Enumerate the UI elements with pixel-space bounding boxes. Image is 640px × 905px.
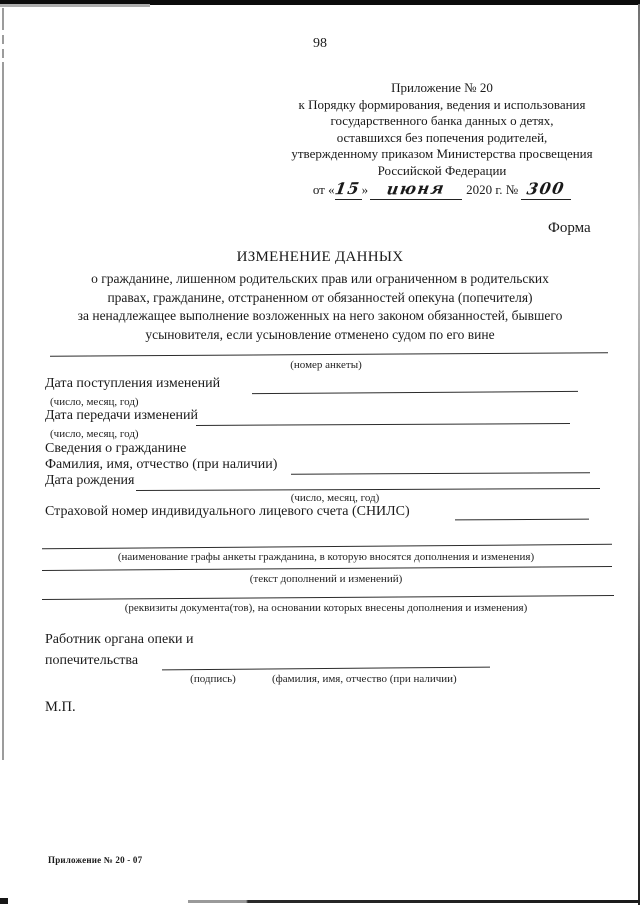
handwritten-day: 15 — [334, 181, 362, 196]
birthdate-label: Дата рождения — [45, 473, 135, 489]
signature-caption: (подпись) — [178, 673, 248, 685]
date-sent-blank-line — [196, 423, 570, 426]
changes-text-caption: (текст дополнений и изменений) — [16, 573, 636, 585]
appendix-line-6: Российской Федерации — [272, 163, 612, 180]
subtitle-line-3: за ненадлежащее выполнение возложенных н… — [35, 307, 605, 326]
appendix-line-3: государственного банка данных о детях, — [272, 113, 612, 130]
signature-fio-caption: (фамилия, имя, отчество (при наличии) — [272, 673, 457, 685]
scan-edge-top-shadow — [0, 4, 150, 7]
appendix-line-5: утвержденному приказом Министерства прос… — [272, 146, 612, 163]
appendix-line-1: Приложение № 20 — [272, 80, 612, 97]
appendix-line-4: оставшихся без попечения родителей, — [272, 130, 612, 147]
subtitle-line-2: правах, гражданине, отстраненном от обяз… — [35, 289, 605, 308]
scanned-document-page: 98 Приложение № 20 к Порядку формировани… — [0, 0, 640, 905]
documents-caption: (реквизиты документа(тов), на основании … — [16, 602, 636, 614]
guardianship-worker-label-line2: попечительства — [45, 653, 138, 669]
order-date-line: от «15»июня2020 г. №300 — [272, 181, 612, 200]
date-received-blank-line — [252, 391, 578, 394]
full-name-blank-line — [291, 472, 590, 475]
appendix-line-2: к Порядку формирования, ведения и исполь… — [272, 97, 612, 114]
signature-blank-line — [162, 667, 490, 671]
date-close-quote: » — [362, 182, 369, 197]
birthdate-caption: (число, месяц, год) — [240, 492, 430, 504]
column-name-blank-line — [42, 544, 612, 549]
scan-edge-bottom — [188, 900, 640, 903]
subtitle-line-1: о гражданине, лишенном родительских прав… — [35, 270, 605, 289]
documents-blank-line — [42, 595, 614, 600]
scan-edge-bottom-left — [0, 898, 8, 904]
date-year-text: 2020 г. № — [466, 182, 518, 197]
date-day-underline: 15 — [335, 181, 362, 200]
anketa-number-caption: (номер анкеты) — [16, 359, 636, 371]
column-name-caption: (наименование графы анкеты гражданина, в… — [16, 551, 636, 563]
appendix-reference-block: Приложение № 20 к Порядку формирования, … — [272, 80, 612, 200]
date-sent-caption: (число, месяц, год) — [50, 428, 139, 440]
scan-edge-left — [2, 8, 4, 760]
date-received-label: Дата поступления изменений — [45, 376, 220, 392]
snils-label: Страховой номер индивидуального лицевого… — [45, 504, 410, 520]
changes-text-blank-line — [42, 566, 612, 571]
scan-edge-left-gap — [1, 58, 5, 62]
handwritten-order-number: 300 — [526, 181, 566, 197]
date-number-underline: 300 — [521, 181, 571, 200]
document-title: ИЗМЕНЕНИЕ ДАННЫХ — [0, 249, 640, 266]
document-subtitle: о гражданине, лишенном родительских прав… — [35, 270, 605, 344]
date-month-underline: июня — [370, 181, 462, 200]
full-name-label: Фамилия, имя, отчество (при наличии) — [45, 457, 277, 473]
anketa-number-blank-line — [50, 352, 608, 356]
handwritten-month: июня — [386, 180, 447, 196]
date-received-caption: (число, месяц, год) — [50, 396, 139, 408]
page-footer: Приложение № 20 - 07 — [48, 855, 142, 865]
guardianship-worker-label-line1: Работник органа опеки и — [45, 632, 194, 648]
stamp-place-label: М.П. — [45, 699, 76, 716]
form-label: Форма — [548, 220, 628, 237]
citizen-info-heading: Сведения о гражданине — [45, 441, 186, 457]
scan-edge-left-gap — [1, 30, 5, 35]
snils-blank-line — [455, 519, 589, 521]
date-prefix: от « — [313, 182, 335, 197]
date-sent-label: Дата передачи изменений — [45, 408, 198, 424]
birthdate-blank-line — [136, 488, 600, 491]
page-number: 98 — [0, 36, 640, 52]
subtitle-line-4: усыновителя, если усыновление отменено с… — [35, 326, 605, 345]
